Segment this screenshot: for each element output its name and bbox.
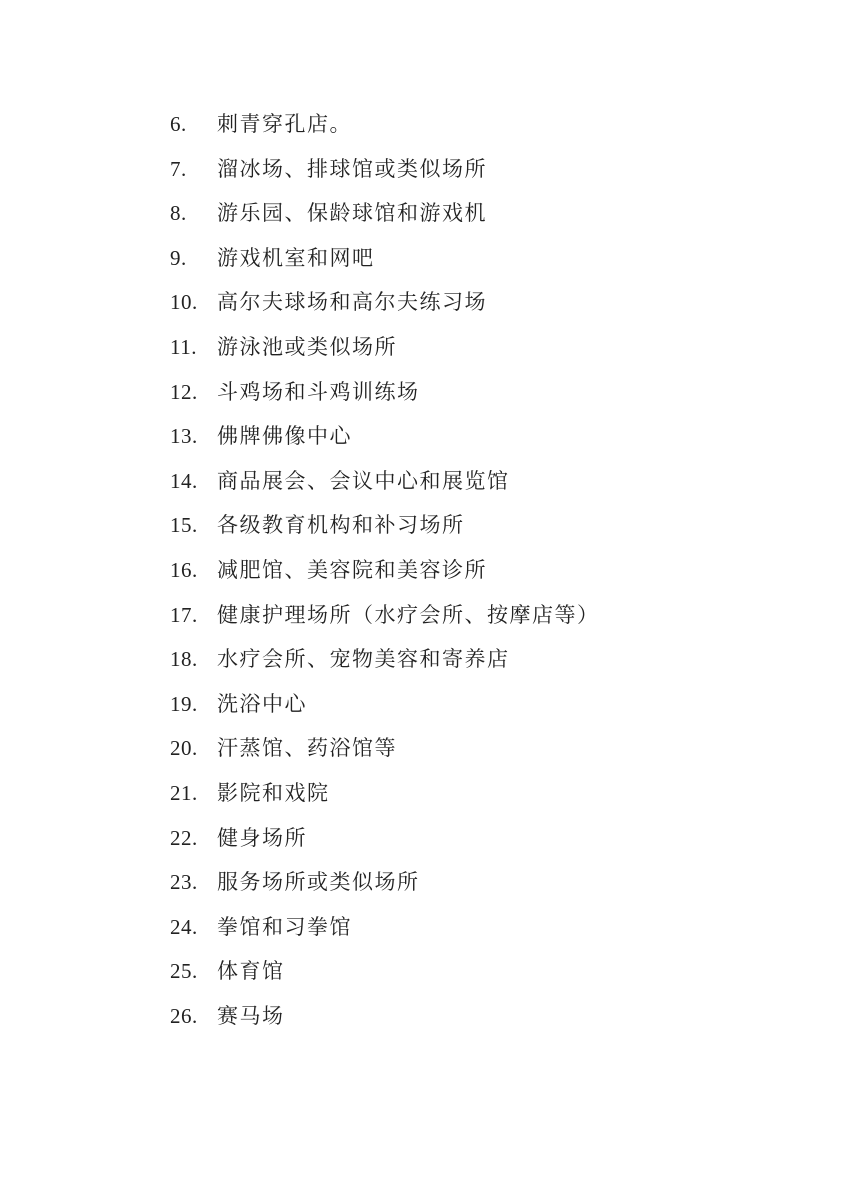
list-item: 18. 水疗会所、宠物美容和寄养店 xyxy=(170,648,600,670)
list-item-number: 17. xyxy=(170,604,217,626)
list-item: 9. 游戏机室和网吧 xyxy=(170,247,600,269)
list-item-text: 体育馆 xyxy=(217,960,285,982)
list-item-number: 13. xyxy=(170,425,217,447)
list-item: 17. 健康护理场所（水疗会所、按摩店等） xyxy=(170,604,600,626)
numbered-list: 6. 刺青穿孔店。 7. 溜冰场、排球馆或类似场所 8. 游乐园、保龄球馆和游戏… xyxy=(170,113,600,1049)
list-item: 7. 溜冰场、排球馆或类似场所 xyxy=(170,158,600,180)
list-item: 10. 高尔夫球场和高尔夫练习场 xyxy=(170,291,600,313)
list-item-text: 影院和戏院 xyxy=(217,782,330,804)
list-item-text: 服务场所或类似场所 xyxy=(217,871,420,893)
list-item: 19. 洗浴中心 xyxy=(170,693,600,715)
list-item-number: 22. xyxy=(170,827,217,849)
list-item-text: 游泳池或类似场所 xyxy=(217,336,397,358)
list-item: 15. 各级教育机构和补习场所 xyxy=(170,514,600,536)
list-item-number: 14. xyxy=(170,470,217,492)
list-item-text: 减肥馆、美容院和美容诊所 xyxy=(217,559,487,581)
list-item-number: 8. xyxy=(170,202,217,224)
list-item-number: 15. xyxy=(170,514,217,536)
list-item: 21. 影院和戏院 xyxy=(170,782,600,804)
list-item-number: 25. xyxy=(170,960,217,982)
list-item-text: 刺青穿孔店。 xyxy=(217,113,352,135)
list-item-number: 11. xyxy=(170,336,217,358)
list-item-text: 洗浴中心 xyxy=(217,693,307,715)
list-item-number: 6. xyxy=(170,113,217,135)
list-item: 12. 斗鸡场和斗鸡训练场 xyxy=(170,381,600,403)
list-item: 24. 拳馆和习拳馆 xyxy=(170,916,600,938)
list-item-number: 21. xyxy=(170,782,217,804)
list-item-number: 19. xyxy=(170,693,217,715)
list-item-text: 溜冰场、排球馆或类似场所 xyxy=(217,158,487,180)
document-page: 6. 刺青穿孔店。 7. 溜冰场、排球馆或类似场所 8. 游乐园、保龄球馆和游戏… xyxy=(0,0,849,1200)
list-item: 6. 刺青穿孔店。 xyxy=(170,113,600,135)
list-item-number: 7. xyxy=(170,158,217,180)
list-item-number: 18. xyxy=(170,648,217,670)
list-item-number: 26. xyxy=(170,1005,217,1027)
list-item-number: 10. xyxy=(170,291,217,313)
list-item-text: 游乐园、保龄球馆和游戏机 xyxy=(217,202,487,224)
list-item: 16. 减肥馆、美容院和美容诊所 xyxy=(170,559,600,581)
list-item-number: 12. xyxy=(170,381,217,403)
list-item-text: 赛马场 xyxy=(217,1005,285,1027)
list-item-number: 23. xyxy=(170,871,217,893)
list-item: 8. 游乐园、保龄球馆和游戏机 xyxy=(170,202,600,224)
list-item: 13. 佛牌佛像中心 xyxy=(170,425,600,447)
list-item-text: 各级教育机构和补习场所 xyxy=(217,514,465,536)
list-item-text: 佛牌佛像中心 xyxy=(217,425,352,447)
list-item: 11. 游泳池或类似场所 xyxy=(170,336,600,358)
list-item-text: 斗鸡场和斗鸡训练场 xyxy=(217,381,420,403)
list-item-text: 高尔夫球场和高尔夫练习场 xyxy=(217,291,487,313)
list-item: 14. 商品展会、会议中心和展览馆 xyxy=(170,470,600,492)
list-item-text: 水疗会所、宠物美容和寄养店 xyxy=(217,648,510,670)
list-item-text: 商品展会、会议中心和展览馆 xyxy=(217,470,510,492)
list-item-text: 拳馆和习拳馆 xyxy=(217,916,352,938)
list-item-number: 20. xyxy=(170,737,217,759)
list-item-text: 健康护理场所（水疗会所、按摩店等） xyxy=(217,604,600,626)
list-item-number: 16. xyxy=(170,559,217,581)
list-item: 22. 健身场所 xyxy=(170,827,600,849)
list-item-number: 24. xyxy=(170,916,217,938)
list-item-text: 健身场所 xyxy=(217,827,307,849)
list-item-text: 游戏机室和网吧 xyxy=(217,247,375,269)
list-item-number: 9. xyxy=(170,247,217,269)
list-item: 25. 体育馆 xyxy=(170,960,600,982)
list-item-text: 汗蒸馆、药浴馆等 xyxy=(217,737,397,759)
list-item: 26. 赛马场 xyxy=(170,1005,600,1027)
list-item: 20. 汗蒸馆、药浴馆等 xyxy=(170,737,600,759)
list-item: 23. 服务场所或类似场所 xyxy=(170,871,600,893)
